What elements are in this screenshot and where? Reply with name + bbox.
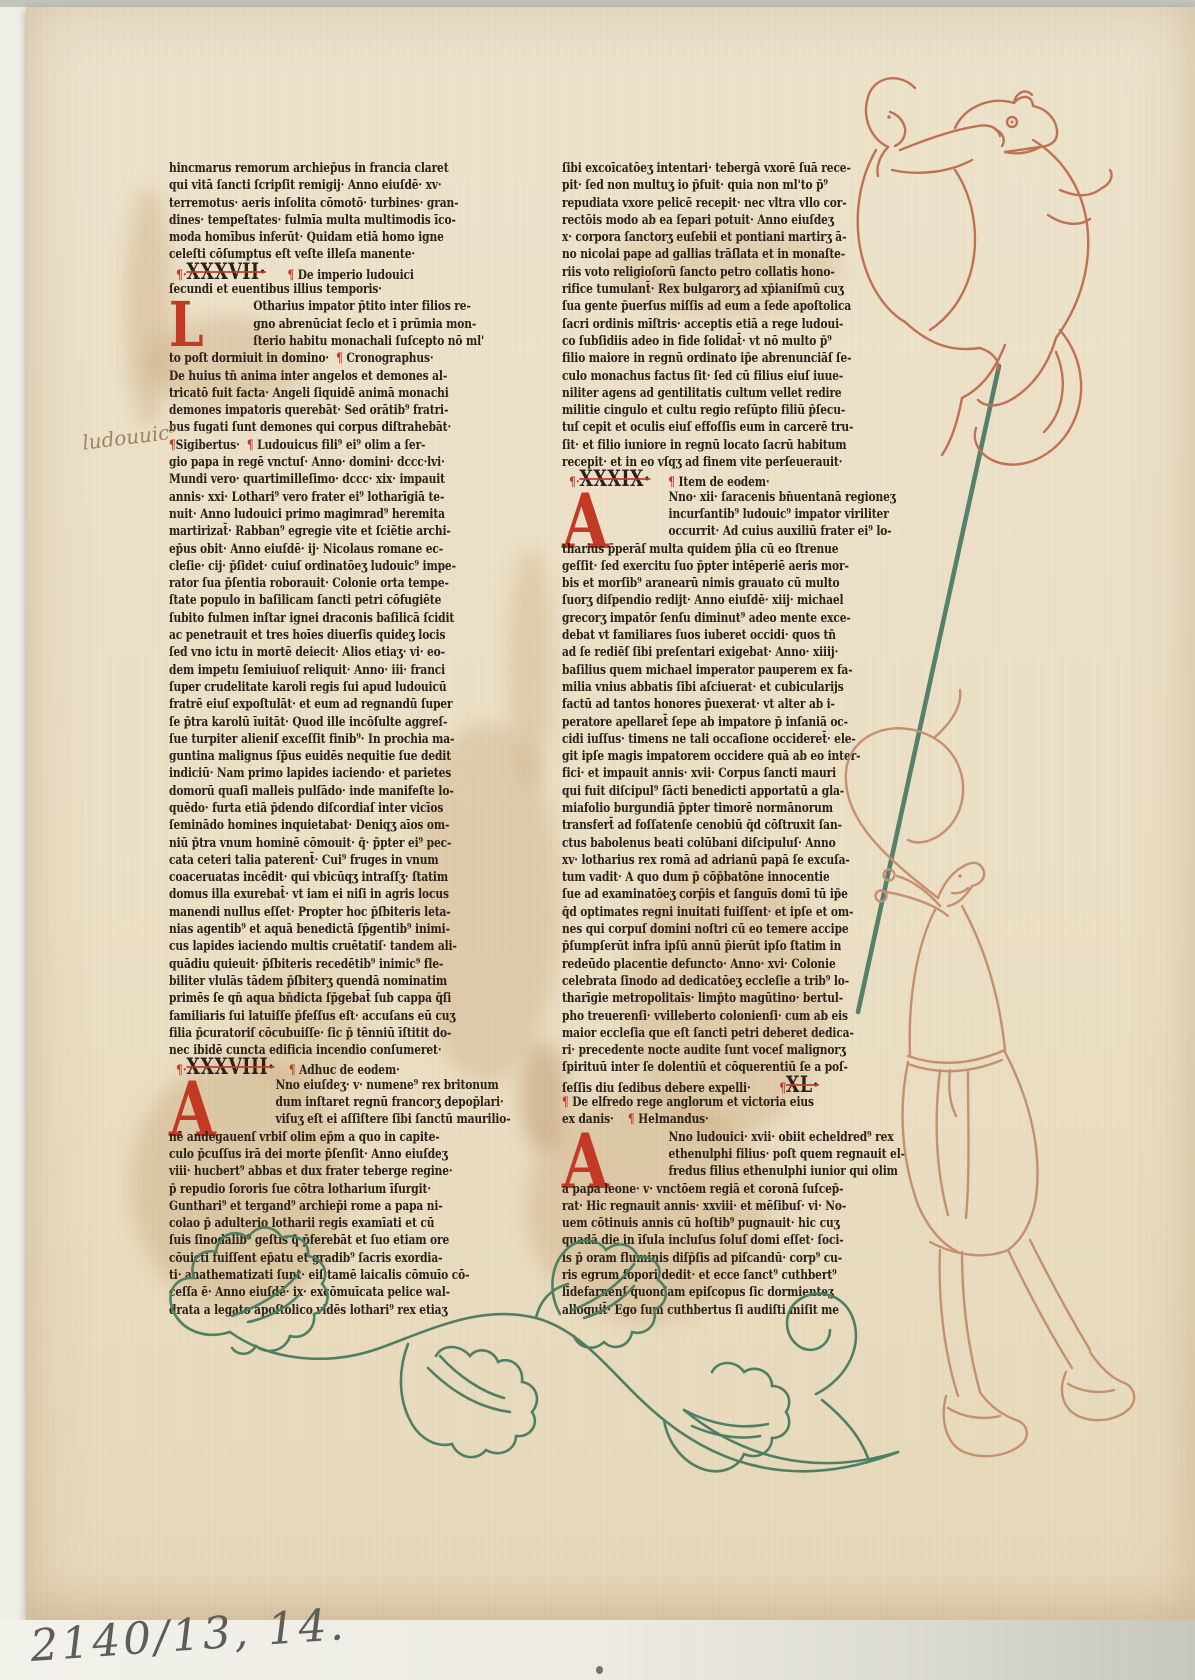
text-line: cleſie· cij· p̄ſidet· cuiuſ ordinatōeʒ l… — [169, 558, 497, 575]
text-line: guntina malignus ſp̄us euidēs nequitie ſ… — [169, 748, 497, 765]
text-line: baſilius quem michael imperator pauperem… — [562, 662, 890, 679]
text-line: ſuorʒ diſpendio redijt· Anno eiuſdē· xii… — [562, 592, 890, 609]
text-line: celebrata ſinodo ad dedicatōeʒ eccleſie … — [562, 973, 890, 990]
text-line: domorū quaſi malleis pulſādo· inde manif… — [169, 783, 497, 800]
text-line: quadā die in īſula incluſus ſoluſ domi e… — [562, 1232, 890, 1249]
text-line: bis et morſib⁹ aranearū nimis grauato cū… — [562, 575, 890, 592]
text-line: militie cingulo et cultu regio reſūpto f… — [562, 402, 890, 419]
text-line: demones impatoris querebāt· Sed orātib⁹ … — [169, 402, 497, 419]
scanned-leaf: { "page": { "shelfmark": "2140/13, 14.",… — [0, 0, 1195, 1680]
text-line: ſacri ordinis mīſtris· acceptis etiā a r… — [562, 316, 890, 333]
text-line: ſed vno ictu in mortē deiecit· Alios eti… — [169, 644, 497, 661]
text-line: riis voto religioſorū ſancto petro colla… — [562, 264, 890, 281]
text-line: ¶ De elfredo rege anglorum et victoria e… — [562, 1094, 890, 1111]
text-line: nes qui corpuſ domini noſtri cū eo temer… — [562, 921, 890, 938]
text-line: repudiata vxore pelicē recepit· nec vltr… — [562, 195, 890, 212]
text-line: coaceruatas incēdit· qui vbicūqʒ intraſſ… — [169, 869, 497, 886]
text-line: p̄ repudio ſororis ſue cōtra lotharium ī… — [169, 1181, 497, 1198]
text-line: primēs ſe qn̄ aqua bn̄dicta ſp̄gebat̄ ſu… — [169, 990, 497, 1007]
text-line: bus fugati ſunt demones qui corpus diſtr… — [169, 419, 497, 436]
text-line: filio maiore in regnū ordinato ip̄e abre… — [562, 350, 890, 367]
text-line: ¶·XXXVIII· ¶ Adhuc de eodem· — [169, 1059, 497, 1076]
text-line: ſuper crudelitate karoli regis ſui apud … — [169, 679, 497, 696]
text-column-right: ſibi excoīcatōeʒ intentari· tebergā vxor… — [562, 160, 890, 1319]
text-line: quādiu quieuit· p̄ſbiteris recedētib⁹ in… — [169, 956, 497, 973]
text-line: ſecundi et euentibus illius temporis· — [169, 281, 497, 298]
stain — [508, 547, 553, 787]
text-line: nias agentib⁹ et aquā benedictā ſp̄genti… — [169, 921, 497, 938]
text-line: culo p̄cuſſus irā dei morte p̄ſenſit· An… — [169, 1146, 497, 1163]
text-line: familiaris ſui latuiſſe p̄feſſus eſt· ac… — [169, 1008, 497, 1025]
text-line: niū p̄tra vnum hominē cōmouit· q̄· p̄pte… — [169, 835, 497, 852]
text-line: ex danis· ¶ Helmandus· — [562, 1111, 890, 1128]
text-line: indiciū· Nam primo lapides iaciendo· et … — [169, 765, 497, 782]
text-line: tharius p̄perāſ multa quidem p̄lia cū eo… — [562, 541, 890, 558]
text-line: rator ſua p̄ſentia roborauit· Colonie or… — [169, 575, 497, 592]
text-line: no nicolai pape ad gallias trāſlata et i… — [562, 246, 890, 263]
text-line: biliter vlulās tādem p̄ſbiterʒ quendā no… — [169, 973, 497, 990]
text-line: ſeſſis diu ſedibus debere expelli· ¶XL· — [562, 1077, 890, 1094]
text-line: alloquit̄· Ego ſum cuthbertus ſi audiſti… — [562, 1302, 890, 1319]
text-line: geſſit· ſed exercitu ſuo p̄pter intēperi… — [562, 558, 890, 575]
text-line: ceſſa ē· Anno eiuſdē· ix· excōmuīcata pe… — [169, 1284, 497, 1301]
text-line: tricatō fuit facta· Angeli ſiquidē animā… — [169, 385, 497, 402]
text-line: qui vitā ſancti ſcripſit remigij· Anno e… — [169, 177, 497, 194]
text-line: git ipſe magis impatorem occidere quā ab… — [562, 748, 890, 765]
text-line: milia vnius abbatis ſibi aſciuerat· et c… — [562, 679, 890, 696]
text-line: q̄d optimates regni inuitati fuiſſent· e… — [562, 904, 890, 921]
text-line: ¶·XXXVII· ¶ De imperio ludouici — [169, 264, 497, 281]
text-line: līdefarnenſ quondam epiſcopus ſic dormie… — [562, 1284, 890, 1301]
text-line: pho treuerenſi· vvilleberto colonienſi· … — [562, 1008, 890, 1025]
text-line: ſpirituū inter ſe dolentiū et cōquerenti… — [562, 1059, 890, 1076]
text-line: filia p̄curatoriſ cōcubuiſſe· ſic p̄ tēn… — [169, 1025, 497, 1042]
mount-top-edge — [0, 0, 1195, 7]
margin-annotation: ludouuic⁹ — [81, 419, 179, 454]
text-line: ſeminādo homines inquietabat· Deniqʒ aīo… — [169, 817, 497, 834]
pencil-mark — [596, 1666, 603, 1674]
rubricated-initial: A — [562, 489, 664, 541]
text-line: x· corpora ſanctorʒ euſebii et pontiani … — [562, 229, 890, 246]
text-line: ſue ad examinatōeʒ corp̄is et ſanguīs do… — [562, 886, 890, 903]
text-line: tuſ cepit et oculis eiuſ effoſſis eum in… — [562, 419, 890, 436]
text-line: co ſubſidiis adeo in fide ſolidat̄· vt n… — [562, 333, 890, 350]
text-line: hincmarus remorum archiep̄us in francia … — [169, 160, 497, 177]
text-line: drata a legato apoſtolico vidēs lothari⁹… — [169, 1302, 497, 1319]
text-line: debat vt familiares ſuos iuberet occidi·… — [562, 627, 890, 644]
mount-left-edge — [0, 0, 26, 1680]
text-line: niliter agens ad gentilitatis cultum vel… — [562, 385, 890, 402]
text-line: nuit· Anno ludouici primo magimrad⁹ here… — [169, 506, 497, 523]
text-line: grecorʒ impatōr ſenſu diminut⁹ adeo ment… — [562, 610, 890, 627]
text-line: factū ad tantos honores p̄uexerat· vt al… — [562, 696, 890, 713]
text-column-left: hincmarus remorum archiep̄us in francia … — [169, 160, 497, 1319]
text-line: rifice tumulant̄· Rex bulgarorʒ ad xp̄ia… — [562, 281, 890, 298]
text-line: ¶·XXXIX· ¶ Item de eodem· — [562, 471, 890, 488]
text-line: tum vadit· A quo dum p̄ cōp̄batōne innoc… — [562, 869, 890, 886]
text-line: Gunthari⁹ et tergand⁹ archiep̄i rome a p… — [169, 1198, 497, 1215]
text-line: quēdo· furta etiā p̄dendo diſcordiaſ int… — [169, 800, 497, 817]
text-line: cata ceteri talia paterent̄· Cui⁹ fruges… — [169, 852, 497, 869]
text-line: maior eccleſia que eſt ſancti petri debe… — [562, 1025, 890, 1042]
text-line: p̄ſumpſerūt infra ipſū annū p̄ierūt ipſo… — [562, 938, 890, 955]
text-line: domus illa exurebat̄· vt iam ei niſi in … — [169, 886, 497, 903]
text-line: dem impetu ſemiuiuoſ reliquit· Anno· iii… — [169, 662, 497, 679]
text-line: fici· et impauit annis· xvii· Corpus ſan… — [562, 765, 890, 782]
manuscript-page: hincmarus remorum archiep̄us in francia … — [26, 7, 1195, 1620]
text-line: ſuis ſinodalib⁹ geſtis q̄ p̄ferebāt et ſ… — [169, 1232, 497, 1249]
text-line: manendi nullus eſſet· Propter hoc p̄ſbit… — [169, 904, 497, 921]
text-line: to poſt dormiuit in domino· ¶ Cronograph… — [169, 350, 497, 367]
text-line: ti· anathematizati ſunt· eiſ tamē laical… — [169, 1267, 497, 1284]
text-line: terremotus· aeris inſolita cōmotō· turbi… — [169, 195, 497, 212]
text-line: rectōis modo ab ea ſepari potuit· Anno e… — [562, 212, 890, 229]
text-line: ctus babolenus beati colūbani diſcipuluſ… — [562, 835, 890, 852]
text-line: ſue turpiter alieniſ exceſſit finib⁹· In… — [169, 731, 497, 748]
text-line: ſubito fulmen inſtar ignei draconis baſi… — [169, 610, 497, 627]
stain — [521, 1042, 566, 1152]
text-line: ris egrum ſopori dedit· et ecce ſanct⁹ c… — [562, 1267, 890, 1284]
text-line: transfert̄ ad foſſatenſe cenobiū q̄d cōſ… — [562, 817, 890, 834]
text-line: ¶Sigibertus· ¶ Ludouicus fili⁹ ei⁹ olim … — [169, 437, 497, 454]
text-line: miafolio burgundiā p̄pter timorē normāno… — [562, 800, 890, 817]
text-line: cus lapides iaciendo multis cruētatiſ· t… — [169, 938, 497, 955]
rubricated-initial: A — [169, 1077, 271, 1129]
text-line: is p̄ oram fluminis diſp̄ſis ad piſcandū… — [562, 1250, 890, 1267]
rubricated-initial: L — [169, 298, 249, 350]
text-line: ep̄us obit· Anno eiuſdē· ij· Nicolaus ro… — [169, 541, 497, 558]
text-line: ſua gente p̄uerſus miſſis ad eum a ſede … — [562, 298, 890, 315]
text-line: tharīgie metropolitaīs· limp̄to magūtino… — [562, 990, 890, 1007]
text-line: ſe p̄tra karolū īuitāt· Quod ille incōſu… — [169, 714, 497, 731]
stain — [126, 187, 171, 427]
text-line: Mundi vero· quartimilleſimo· dccc· xix· … — [169, 471, 497, 488]
text-line: peratore apellaret̄ ſepe ab impatore p̄ … — [562, 714, 890, 731]
text-line: pit· ſed non multuʒ io p̄fuit· quia non … — [562, 177, 890, 194]
text-line: redeūdo placentie defuncto· Anno· xvi· C… — [562, 956, 890, 973]
text-line: ri· precedente nocte audite ſunt voceſ m… — [562, 1042, 890, 1059]
text-line: culo monachus factus ſit· ſed cū filius … — [562, 368, 890, 385]
text-line: gio papa in regē vnctuſ· Anno· domini· d… — [169, 454, 497, 471]
text-line: annis· xxi· Lothari⁹ vero frater ei⁹ lot… — [169, 489, 497, 506]
text-line: uem cōtinuis annis cū hoſtib⁹ pugnauit· … — [562, 1215, 890, 1232]
text-line: ac penetrauit et tres hoīes diuerſis qui… — [169, 627, 497, 644]
text-line: ad ſe rediēſ ſibi preſentari exigebat· A… — [562, 644, 890, 661]
text-line: cōuicti fuiſſent ep̄atu et gradib⁹ ſacri… — [169, 1250, 497, 1267]
text-line: ſtate populo in baſilicam ſancti petri c… — [169, 592, 497, 609]
text-line: De huius tn̄ anima inter angelos et demo… — [169, 368, 497, 385]
text-line: ſit· et filio iuniore in regnū locato ſa… — [562, 437, 890, 454]
text-line: fratrē eiuſ expoſtulāt· et eum ad regnan… — [169, 696, 497, 713]
text-line: colao p̄ adulterio lotharii regis examīa… — [169, 1215, 497, 1232]
text-line: cidi iuſſus· timens ne tali occaſione oc… — [562, 731, 890, 748]
text-line: nē andegauenſ vrbiſ olim ep̄m a quo in c… — [169, 1129, 497, 1146]
text-line: ſibi excoīcatōeʒ intentari· tebergā vxor… — [562, 160, 890, 177]
text-line: a papa leone· v· vnctōem regiā et coronā… — [562, 1181, 890, 1198]
text-line: xv· lotharius rex romā ad adrianū papā ſ… — [562, 852, 890, 869]
text-line: qui fuit diſcipul⁹ ſācti benedicti appor… — [562, 783, 890, 800]
text-line: martirizat̄· Rabban⁹ egregie vite et ſci… — [169, 523, 497, 540]
text-line: viii· hucbert⁹ abbas et dux frater teber… — [169, 1163, 497, 1180]
text-line: moda homībus inferūt· Quidam etiā homo i… — [169, 229, 497, 246]
text-line: rat· Hic regnauit annis· xxviii· et mēſi… — [562, 1198, 890, 1215]
rubricated-initial: A — [562, 1129, 664, 1181]
text-line: dines· tempeſtates· fulmīa multa multimo… — [169, 212, 497, 229]
